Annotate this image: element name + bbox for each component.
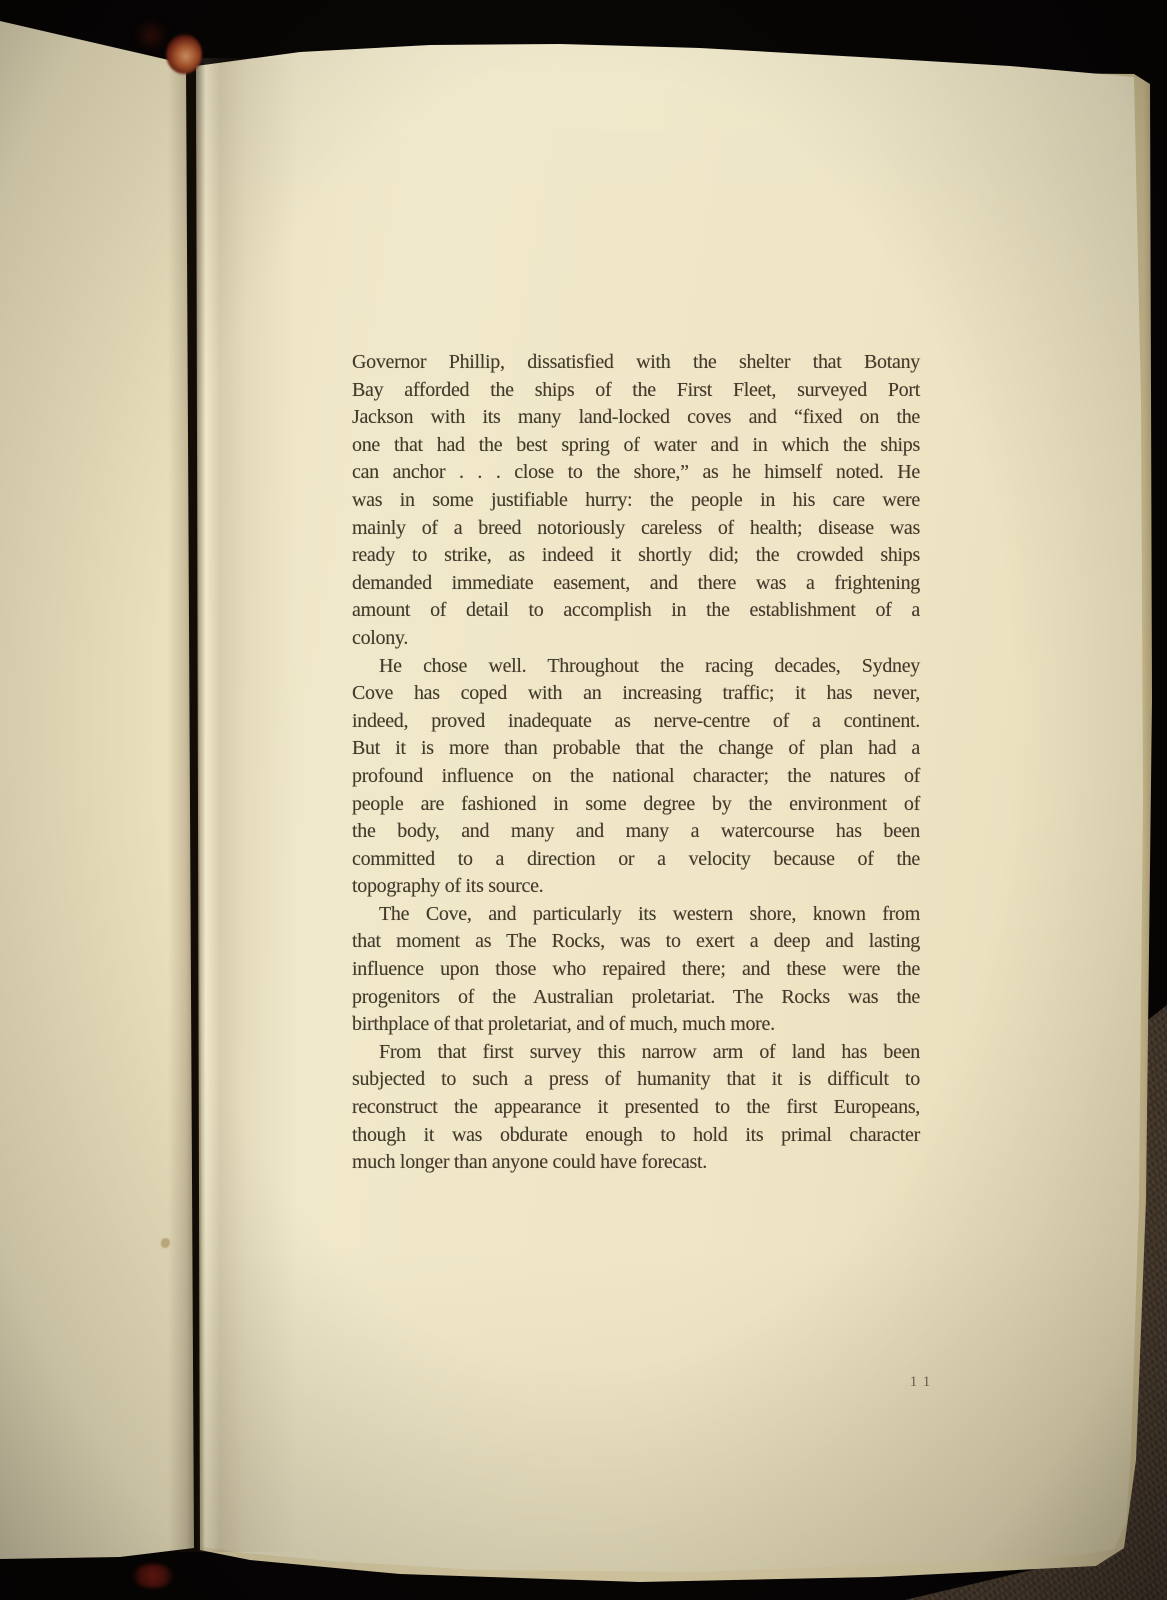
text-line: reconstruct the appearance it presented … [352,1094,920,1122]
cover-maroon-spot [132,1564,174,1588]
text-line: subjected to such a press of humanity th… [352,1066,920,1094]
text-line: people are fashioned in some degree by t… [352,791,920,819]
text-line: demanded immediate easement, and there w… [352,570,920,598]
text-line: the body, and many and many a watercours… [352,818,920,846]
text-line: The Cove, and particularly its western s… [352,901,920,929]
text-line: Jackson with its many land-locked coves … [352,404,920,432]
paragraph: The Cove, and particularly its western s… [352,901,920,1039]
text-line: birthplace of that proletariat, and of m… [352,1011,920,1039]
text-line: much longer than anyone could have forec… [352,1149,920,1177]
text-line: amount of detail to accomplish in the es… [352,597,920,625]
text-line: Cove has coped with an increasing traffi… [352,680,920,708]
text-block: Governor Phillip, dissatisfied with the … [352,349,920,1177]
paragraph: Governor Phillip, dissatisfied with the … [352,349,920,653]
text-line: But it is more than probable that the ch… [352,735,920,763]
text-line: committed to a direction or a velocity b… [352,846,920,874]
text-line: mainly of a breed notoriously careless o… [352,515,920,543]
open-book-photo: Governor Phillip, dissatisfied with the … [0,0,1167,1600]
text-line: He chose well. Throughout the racing dec… [352,653,920,681]
text-line: profound influence on the national chara… [352,763,920,791]
text-line: influence upon those who repaired there;… [352,956,920,984]
headband-red-icon [166,34,202,74]
text-line: progenitors of the Australian proletaria… [352,984,920,1012]
text-line: Bay afforded the ships of the First Flee… [352,377,920,405]
text-line: From that first survey this narrow arm o… [352,1039,920,1067]
page-number: 11 [893,1374,953,1391]
text-line: that moment as The Rocks, was to exert a… [352,928,920,956]
text-line: was in some justifiable hurry: the peopl… [352,487,920,515]
text-line: indeed, proved inadequate as nerve-centr… [352,708,920,736]
text-line: one that had the best spring of water an… [352,432,920,460]
text-line: can anchor . . . close to the shore,” as… [352,459,920,487]
text-line: Governor Phillip, dissatisfied with the … [352,349,920,377]
book-gutter-shadow [168,58,298,1552]
paragraph: He chose well. Throughout the racing dec… [352,653,920,901]
text-line: topography of its source. [352,873,920,901]
text-line: though it was obdurate enough to hold it… [352,1122,920,1150]
text-line: colony. [352,625,920,653]
text-line: ready to strike, as indeed it shortly di… [352,542,920,570]
paragraph: From that first survey this narrow arm o… [352,1039,920,1177]
spine-top-glow [134,22,168,48]
